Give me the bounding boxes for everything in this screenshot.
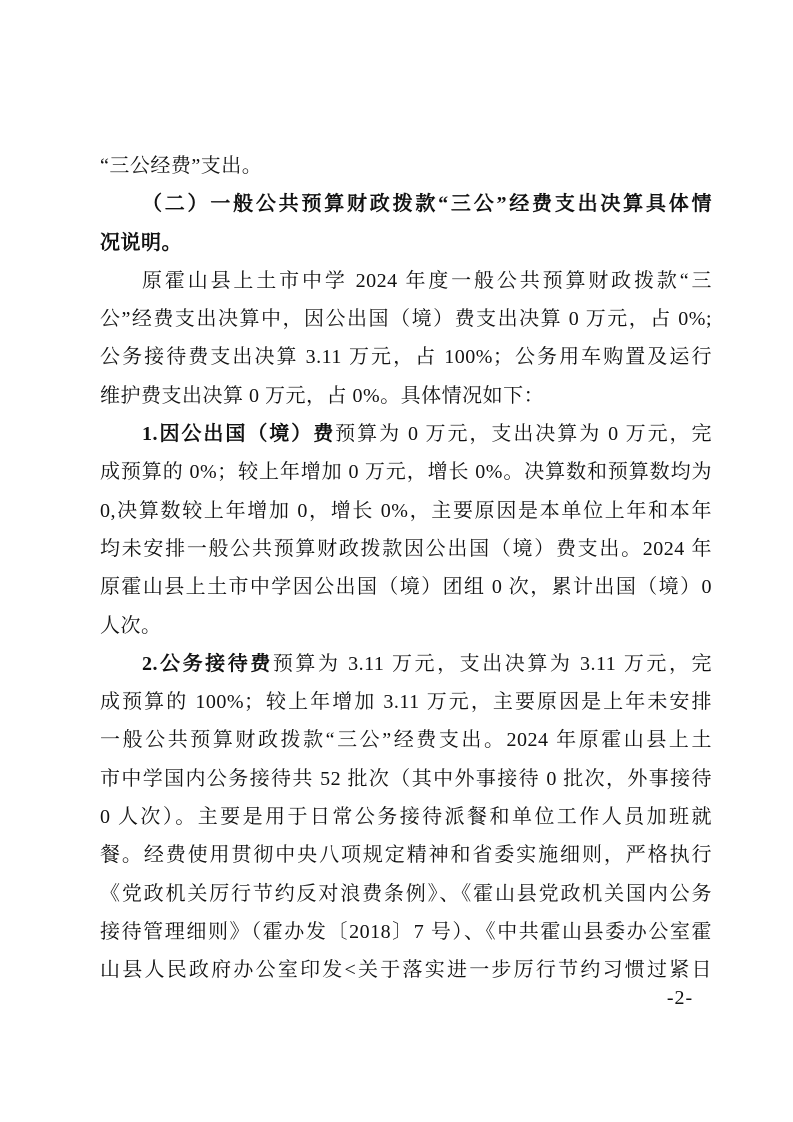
text-line: 成预算的 100%；较上年增加 3.11 万元，主要原因是上年未安排 xyxy=(100,683,712,721)
text-segment: 成预算的 0%；较上年增加 0 万元，增长 0%。决算数和预算数均为 xyxy=(100,461,712,483)
text-segment: 一般公共预算财政拨款“三公”经费支出。2024 年原霍山县上土 xyxy=(100,729,712,751)
text-segment: 均未安排一般公共预算财政拨款因公出国（境）费支出。2024 年 xyxy=(100,538,712,560)
text-line: 接待管理细则》（霍办发〔2018〕7 号）、《中共霍山县委办公室霍 xyxy=(100,913,712,951)
text-line: 《党政机关厉行节约反对浪费条例》、《霍山县党政机关国内公务 xyxy=(100,875,712,913)
bold-text-segment: 1.因公出国（境）费 xyxy=(142,423,335,445)
text-segment: 原霍山县上土市中学因公出国（境）团组 0 次，累计出国（境）0 xyxy=(100,576,712,598)
text-segment: 0,决算数较上年增加 0，增长 0%，主要原因是本单位上年和本年 xyxy=(100,500,712,522)
text-segment: 0 人次）。主要是用于日常公务接待派餐和单位工作人员加班就 xyxy=(100,806,712,828)
text-line: 0,决算数较上年增加 0，增长 0%，主要原因是本单位上年和本年 xyxy=(100,492,712,530)
document-page: “三公经费”支出。（二）一般公共预算财政拨款“三公”经费支出决算具体情况说明。原… xyxy=(0,0,793,1122)
text-line: 原霍山县上土市中学 2024 年度一般公共预算财政拨款“三 xyxy=(100,262,712,300)
text-line: 2.公务接待费预算为 3.11 万元，支出决算为 3.11 万元，完 xyxy=(100,645,712,683)
bold-text-segment: （二）一般公共预算财政拨款“三公”经费支出决算具体情 xyxy=(142,193,712,215)
text-segment: 预算为 3.11 万元，支出决算为 3.11 万元，完 xyxy=(273,653,712,675)
text-line: 一般公共预算财政拨款“三公”经费支出。2024 年原霍山县上土 xyxy=(100,721,712,759)
text-line: “三公经费”支出。 xyxy=(100,147,712,185)
text-line: 1.因公出国（境）费预算为 0 万元，支出决算为 0 万元，完 xyxy=(100,415,712,453)
bold-text-segment: 况说明。 xyxy=(100,232,182,254)
text-line: （二）一般公共预算财政拨款“三公”经费支出决算具体情 xyxy=(100,185,712,223)
text-line: 餐。经费使用贯彻中央八项规定精神和省委实施细则，严格执行 xyxy=(100,836,712,874)
text-line: 人次。 xyxy=(100,607,712,645)
text-segment: “三公经费”支出。 xyxy=(100,155,262,177)
text-line: 公”经费支出决算中，因公出国（境）费支出决算 0 万元，占 0%; xyxy=(100,300,712,338)
text-line: 均未安排一般公共预算财政拨款因公出国（境）费支出。2024 年 xyxy=(100,530,712,568)
text-segment: 人次。 xyxy=(100,615,162,637)
text-segment: 公”经费支出决算中，因公出国（境）费支出决算 0 万元，占 0%; xyxy=(100,308,712,330)
text-segment: 原霍山县上土市中学 2024 年度一般公共预算财政拨款“三 xyxy=(142,270,712,292)
text-line: 成预算的 0%；较上年增加 0 万元，增长 0%。决算数和预算数均为 xyxy=(100,453,712,491)
text-segment: 公务接待费支出决算 3.11 万元，占 100%；公务用车购置及运行 xyxy=(100,346,712,368)
document-body: “三公经费”支出。（二）一般公共预算财政拨款“三公”经费支出决算具体情况说明。原… xyxy=(100,147,712,990)
text-line: 维护费支出决算 0 万元，占 0%。具体情况如下： xyxy=(100,377,712,415)
text-line: 山县人民政府办公室印发<关于落实进一步厉行节约习惯过紧日 xyxy=(100,951,712,989)
text-line: 市中学国内公务接待共 52 批次（其中外事接待 0 批次，外事接待 xyxy=(100,760,712,798)
text-line: 原霍山县上土市中学因公出国（境）团组 0 次，累计出国（境）0 xyxy=(100,568,712,606)
bold-text-segment: 2.公务接待费 xyxy=(142,653,273,675)
page-number: -2- xyxy=(650,987,710,1010)
text-segment: 市中学国内公务接待共 52 批次（其中外事接待 0 批次，外事接待 xyxy=(100,768,712,790)
text-segment: 预算为 0 万元，支出决算为 0 万元，完 xyxy=(335,423,712,445)
text-line: 0 人次）。主要是用于日常公务接待派餐和单位工作人员加班就 xyxy=(100,798,712,836)
text-segment: 接待管理细则》（霍办发〔2018〕7 号）、《中共霍山县委办公室霍 xyxy=(100,921,712,943)
text-segment: 成预算的 100%；较上年增加 3.11 万元，主要原因是上年未安排 xyxy=(100,691,712,713)
text-line: 况说明。 xyxy=(100,224,712,262)
text-line: 公务接待费支出决算 3.11 万元，占 100%；公务用车购置及运行 xyxy=(100,338,712,376)
text-segment: 维护费支出决算 0 万元，占 0%。具体情况如下： xyxy=(100,385,544,407)
text-segment: 餐。经费使用贯彻中央八项规定精神和省委实施细则，严格执行 xyxy=(100,844,712,866)
text-segment: 《党政机关厉行节约反对浪费条例》、《霍山县党政机关国内公务 xyxy=(100,883,712,905)
text-segment: 山县人民政府办公室印发<关于落实进一步厉行节约习惯过紧日 xyxy=(100,959,712,981)
